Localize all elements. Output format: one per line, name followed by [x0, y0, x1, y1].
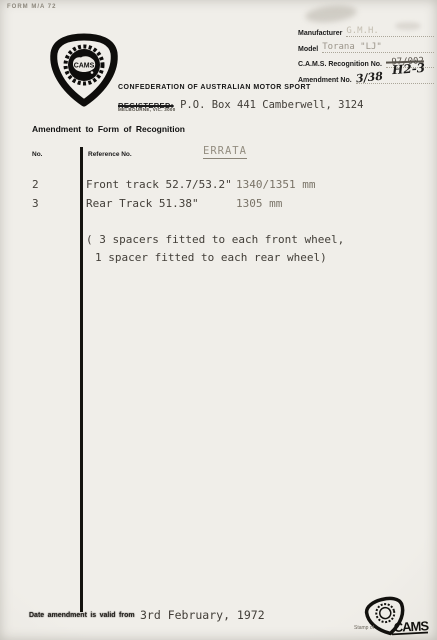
organisation-name: CONFEDERATION OF AUSTRALIAN MOTOR SPORT — [118, 84, 311, 91]
address-typed-text: P.O. Box 441 Camberwell, 3124 — [180, 99, 363, 111]
cams-stamp-icon: Stamp of CAMS — [346, 596, 432, 638]
row-description: Front track 52.7/53.2" — [86, 178, 232, 191]
recognition-handwritten-value: H2-3 — [392, 61, 426, 77]
column-header-no: No. — [32, 151, 42, 158]
valid-from-label: Date amendment is valid from — [29, 612, 135, 619]
recognition-fields: Manufacturer G.M.H. Model Torana "LJ" C.… — [298, 26, 434, 88]
cams-shield-icon: CAMS — [46, 32, 122, 110]
cams-logo-icon: CAMS — [46, 32, 122, 110]
spacer-note-line-2: 1 spacer fitted to each rear wheel) — [95, 251, 327, 264]
manufacturer-label: Manufacturer — [298, 30, 342, 37]
model-field: Model Torana "LJ" — [298, 42, 434, 53]
model-value: Torana "LJ" — [322, 42, 434, 53]
spacer-note-line-1: ( 3 spacers fitted to each front wheel, — [86, 233, 344, 246]
row-number: 2 — [32, 178, 39, 191]
table-vertical-rule — [80, 147, 83, 612]
manufacturer-value: G.M.H. — [346, 26, 434, 37]
logo-text: CAMS — [74, 63, 95, 70]
stamp-of-label: Stamp of — [354, 625, 375, 631]
manufacturer-field: Manufacturer G.M.H. — [298, 26, 434, 37]
scanned-document-page: FORM M/A 72 CAMS Manufacturer G.M.H. Mod… — [0, 0, 437, 640]
row-metric-value: 1340/1351 mm — [236, 178, 315, 191]
form-code: FORM M/A 72 — [7, 4, 56, 10]
row-description: Rear Track 51.38" — [86, 197, 199, 210]
row-metric-value: 1305 mm — [236, 197, 282, 210]
address-small-print: MELBOURNE, VIC. 3000 — [118, 107, 176, 112]
document-title: Amendment to Form of Recognition — [32, 124, 185, 134]
model-label: Model — [298, 46, 318, 53]
amendment-value-handwritten: 3/38 — [355, 71, 383, 84]
column-header-reference-no: Reference No. — [88, 151, 132, 158]
cams-stamp: Stamp of CAMS — [346, 596, 432, 638]
amendment-label: Amendment No. — [298, 77, 352, 84]
valid-from-date: 3rd February, 1972 — [140, 608, 265, 622]
pencil-smudge — [304, 3, 357, 24]
row-number: 3 — [32, 197, 39, 210]
errata-heading: ERRATA — [203, 145, 247, 159]
recognition-label: C.A.M.S. Recognition No. — [298, 61, 382, 68]
